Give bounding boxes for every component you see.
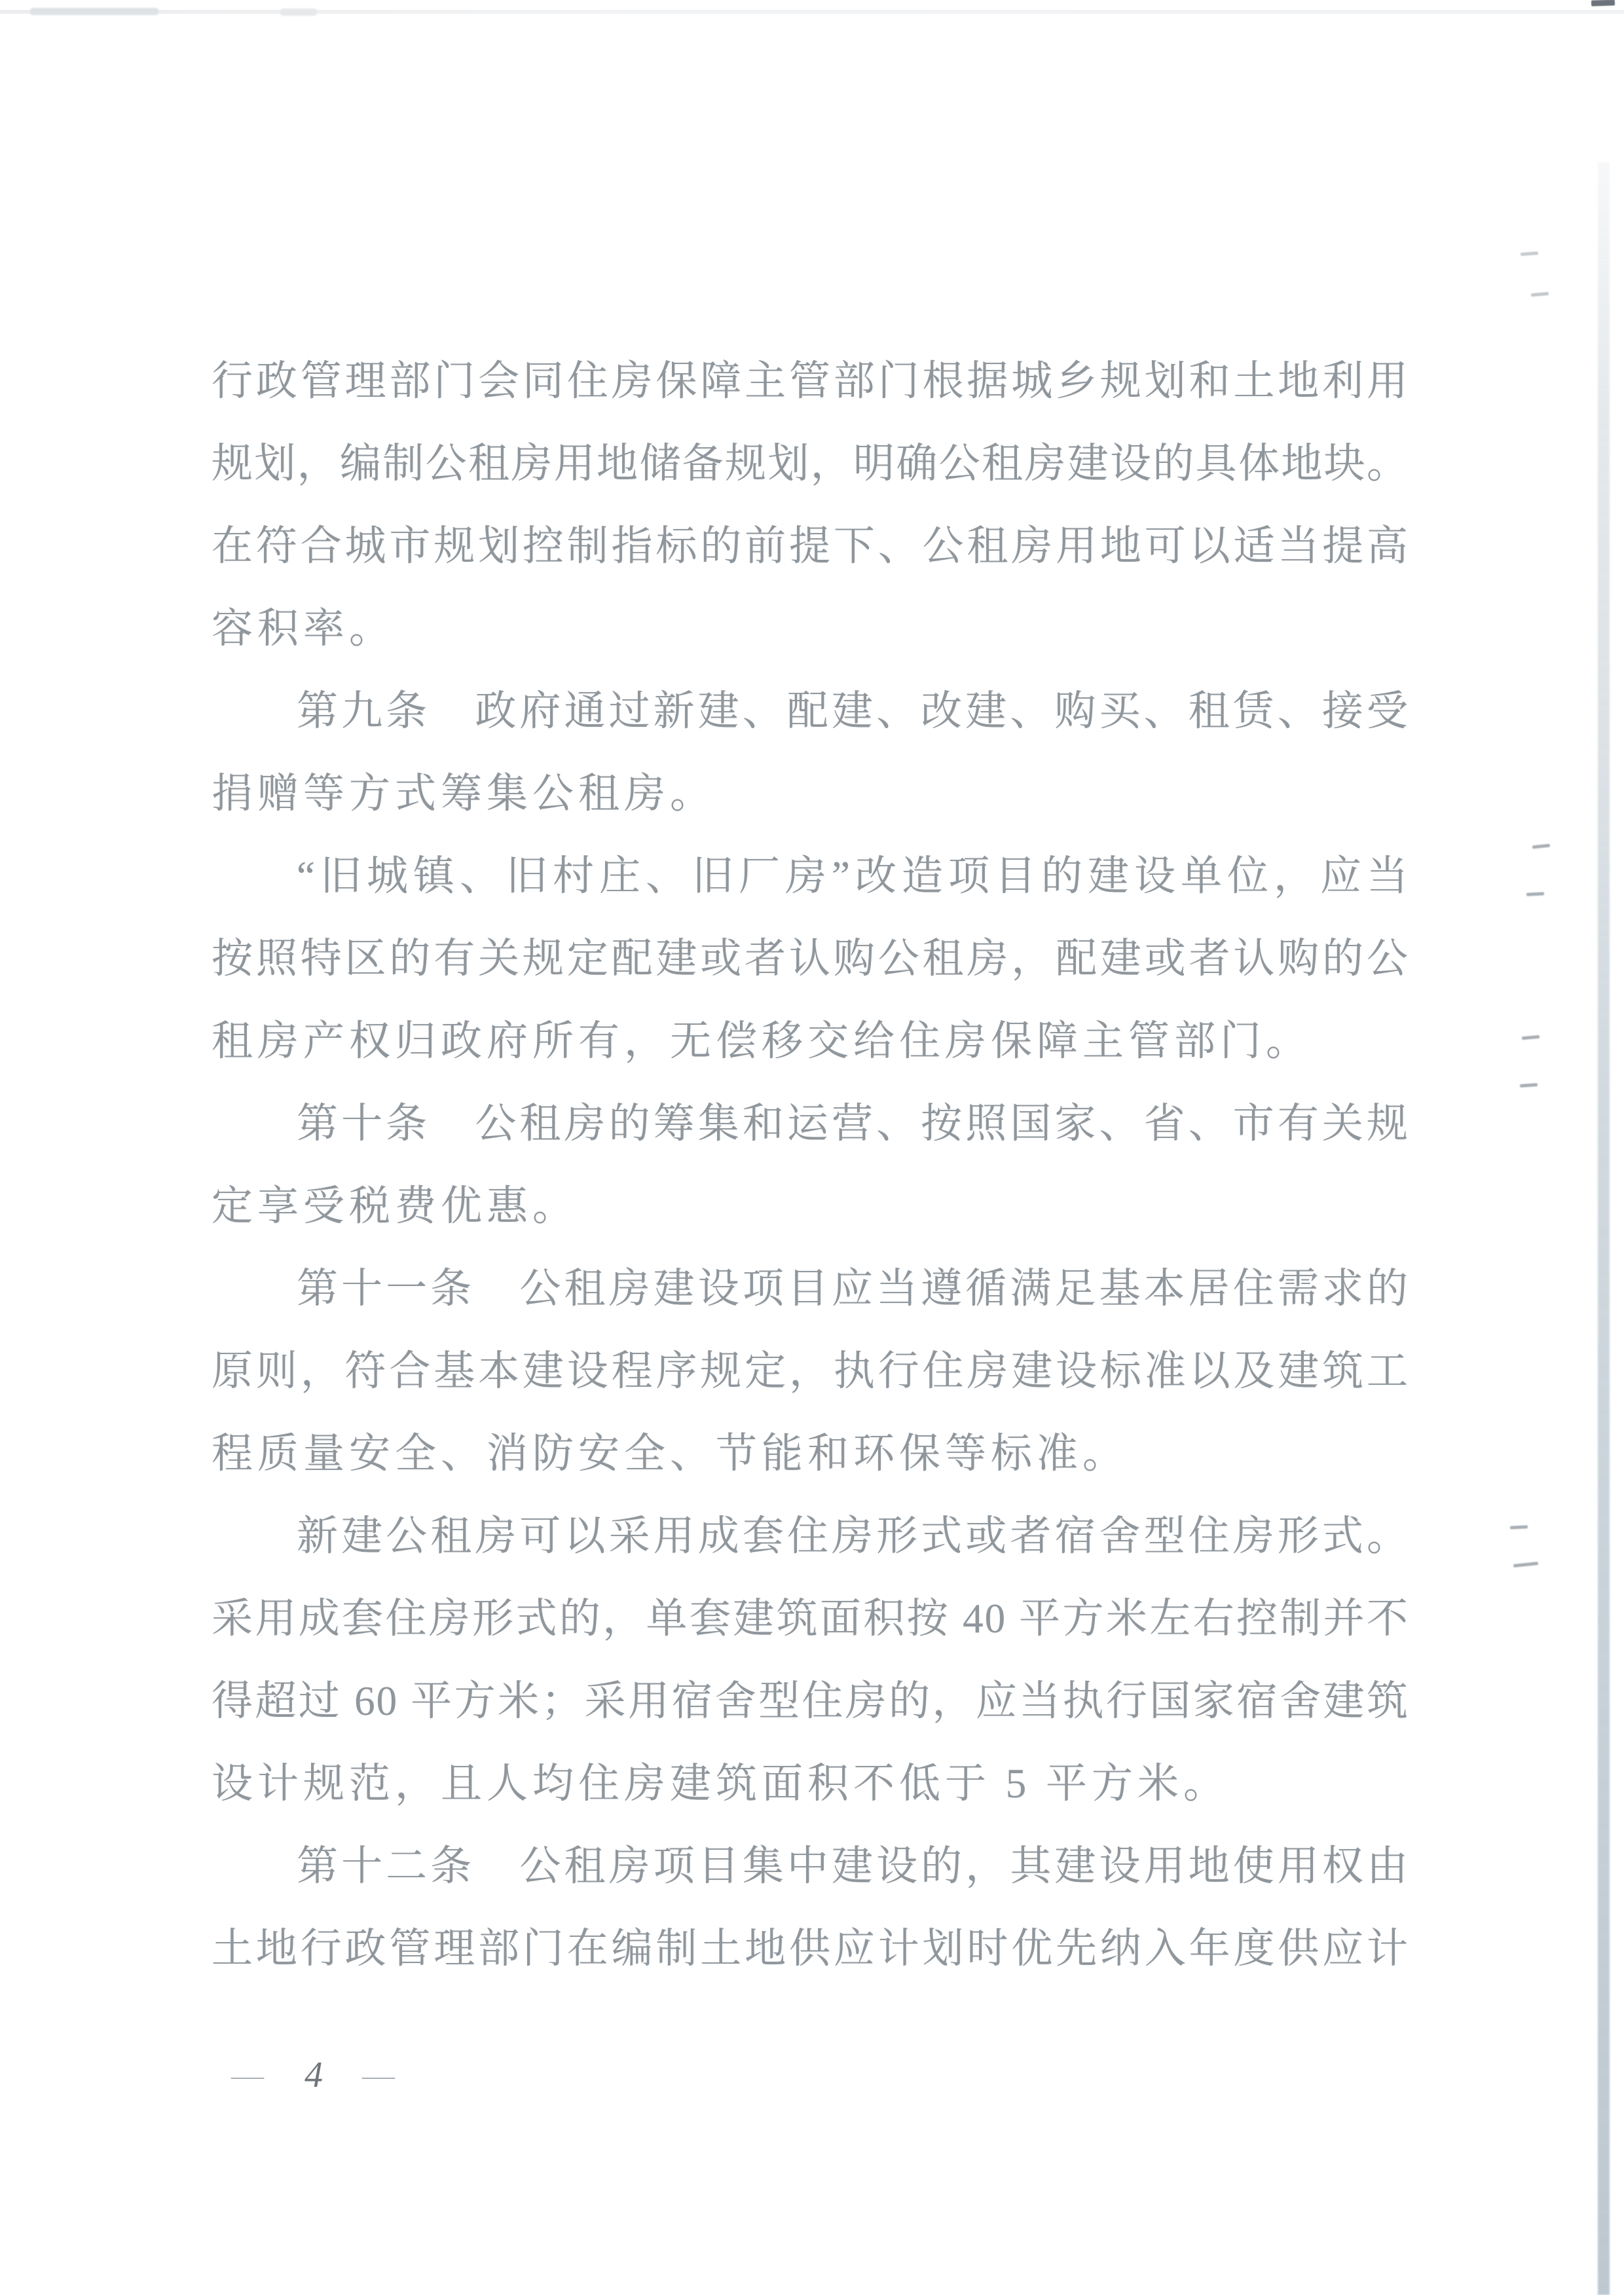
- scan-edge-line-top: [0, 10, 1624, 14]
- text-line: 程质量安全、消防安全、节能和环保等标准。: [212, 1412, 1409, 1495]
- text-line: 定享受税费优惠。: [212, 1165, 1409, 1247]
- footer-dash-left: —: [231, 2059, 264, 2092]
- text-line: 容积率。: [212, 587, 1409, 670]
- text-line-article-11: 第十一条 公租房建设项目应当遵循满足基本居住需求的: [212, 1247, 1409, 1330]
- page-number-footer: —4—: [231, 2055, 395, 2095]
- scan-artifact-dash: [1513, 1562, 1538, 1568]
- scan-artifact-dash: [1510, 1525, 1528, 1529]
- scan-artifact-dash: [1521, 251, 1538, 256]
- scan-edge-shadow-right: [1598, 162, 1610, 2295]
- scan-edge-smudge: [280, 9, 317, 16]
- text-line: 租房产权归政府所有，无偿移交给住房保障主管部门。: [212, 1000, 1409, 1082]
- scan-artifact-dash: [1526, 892, 1544, 896]
- text-line-article-10: 第十条 公租房的筹集和运营、按照国家、省、市有关规: [212, 1082, 1409, 1165]
- text-line: 在符合城市规划控制指标的前提下、公租房用地可以适当提高: [212, 505, 1409, 587]
- text-line: 设计规范，且人均住房建筑面积不低于 5 平方米。: [212, 1742, 1409, 1825]
- scan-artifact-dash: [1522, 1035, 1540, 1040]
- footer-dash-right: —: [362, 2059, 395, 2092]
- text-line: 行政管理部门会同住房保障主管部门根据城乡规划和土地利用: [212, 340, 1409, 422]
- scan-edge-smudge: [30, 8, 158, 15]
- text-line-article-9: 第九条 政府通过新建、配建、改建、购买、租赁、接受: [212, 670, 1409, 752]
- document-page: 行政管理部门会同住房保障主管部门根据城乡规划和土地利用 规划，编制公租房用地储备…: [0, 0, 1624, 2295]
- text-line: 原则，符合基本建设程序规定，执行住房建设标准以及建筑工: [212, 1330, 1409, 1412]
- document-body-text: 行政管理部门会同住房保障主管部门根据城乡规划和土地利用 规划，编制公租房用地储备…: [212, 340, 1409, 1990]
- scan-artifact-dash: [1531, 292, 1549, 297]
- scan-artifact-dash: [1532, 844, 1550, 849]
- text-line: 捐赠等方式筹集公租房。: [212, 752, 1409, 835]
- text-line: 得超过 60 平方米；采用宿舍型住房的，应当执行国家宿舍建筑: [212, 1660, 1409, 1742]
- text-line: “旧城镇、旧村庄、旧厂房”改造项目的建设单位，应当: [212, 835, 1409, 917]
- text-line: 规划，编制公租房用地储备规划，明确公租房建设的具体地块。: [212, 422, 1409, 505]
- text-line: 采用成套住房形式的，单套建筑面积按 40 平方米左右控制并不: [212, 1577, 1409, 1660]
- text-line: 新建公租房可以采用成套住房形式或者宿舍型住房形式。: [212, 1495, 1409, 1577]
- text-line-article-12: 第十二条 公租房项目集中建设的，其建设用地使用权由: [212, 1825, 1409, 1907]
- scan-corner-mark: [1591, 0, 1615, 7]
- text-line: 按照特区的有关规定配建或者认购公租房，配建或者认购的公: [212, 917, 1409, 1000]
- text-line: 土地行政管理部门在编制土地供应计划时优先纳入年度供应计: [212, 1907, 1409, 1990]
- page-number: 4: [304, 2055, 323, 2095]
- scan-artifact-dash: [1520, 1083, 1538, 1088]
